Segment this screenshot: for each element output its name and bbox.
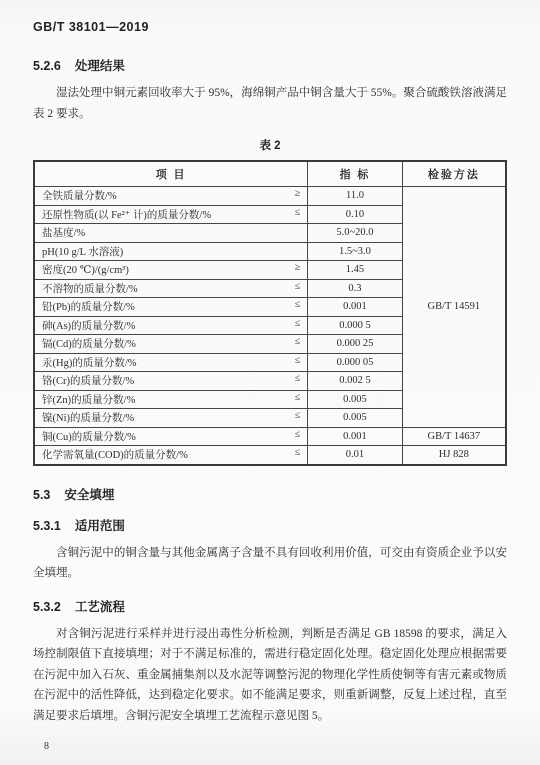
table-header-row: 项 目 指 标 检验方法 [34,161,506,187]
table-row: 铜(Cu)的质量分数/%≤0.001GB/T 14637 [34,427,506,446]
comparison-symbol: ≥ [295,188,301,199]
item-label: 铜(Cu)的质量分数/% [42,429,136,444]
standard-number-header: GB/T 38101—2019 [33,20,507,34]
item-cell: 铅(Pb)的质量分数/%≤ [34,298,308,317]
item-cell: 砷(As)的质量分数/%≤ [34,316,308,335]
item-label: 锌(Zn)的质量分数/% [42,392,135,407]
section-heading-5-2-6: 5.2.6 处理结果 [33,56,507,74]
item-cell: 镉(Cd)的质量分数/%≤ [34,335,308,354]
value-cell: 0.005 [308,390,402,409]
section-heading-5-3-1: 5.3.1 适用范围 [33,516,507,534]
value-cell: 0.10 [308,205,402,224]
item-label: 镉(Cd)的质量分数/% [42,336,136,351]
section-title: 工艺流程 [75,597,125,615]
item-label: 不溶物的质量分数/% [42,281,138,296]
item-cell: 全铁质量分数/%≥ [34,187,308,206]
method-cell: GB/T 14637 [402,427,506,446]
value-cell: 0.000 05 [308,353,402,372]
table-row: 全铁质量分数/%≥11.0GB/T 14591 [34,187,506,206]
method-cell: GB/T 14591 [402,187,506,428]
value-cell: 1.45 [308,261,402,280]
comparison-symbol: ≥ [295,262,301,273]
table-row: 化学需氧量(COD)的质量分数/%≤0.01HJ 828 [34,446,506,465]
item-cell: 密度(20 ℃)/(g/cm³)≥ [34,261,308,280]
table-body: 全铁质量分数/%≥11.0GB/T 14591还原性物质(以 Fe²⁺ 计)的质… [34,187,506,465]
comparison-symbol: ≤ [295,281,301,292]
section-title: 处理结果 [75,56,125,74]
item-cell: 铬(Cr)的质量分数/%≤ [34,372,308,391]
comparison-symbol: ≤ [295,355,301,366]
comparison-symbol: ≤ [295,207,301,218]
section-number: 5.3.2 [33,600,61,614]
item-label: 化学需氧量(COD)的质量分数/% [42,447,188,462]
value-cell: 0.3 [308,279,402,298]
section-heading-5-3: 5.3 安全填埋 [33,485,507,503]
paragraph-5-3-1: 含铜污泥中的铜含量与其他金属离子含量不具有回收利用价值，可交由有资质企业予以安全… [33,543,507,584]
section-number: 5.2.6 [33,59,61,73]
item-cell: 锌(Zn)的质量分数/%≤ [34,390,308,409]
value-cell: 0.002 5 [308,372,402,391]
value-cell: 0.01 [308,446,402,465]
table-caption: 表 2 [33,137,507,153]
value-cell: 0.000 25 [308,335,402,354]
item-label: pH(10 g/L 水溶液) [42,244,123,259]
item-label: 镍(Ni)的质量分数/% [42,410,134,425]
comparison-symbol: ≤ [295,336,301,347]
item-cell: 汞(Hg)的质量分数/%≤ [34,353,308,372]
item-label: 全铁质量分数/% [42,188,117,203]
section-heading-5-3-2: 5.3.2 工艺流程 [33,597,507,615]
section-title: 适用范围 [75,516,125,534]
column-header-value: 指 标 [308,161,402,187]
item-cell: 化学需氧量(COD)的质量分数/%≤ [34,446,308,465]
comparison-symbol: ≤ [295,392,301,403]
value-cell: 0.005 [308,409,402,428]
comparison-symbol: ≤ [295,447,301,458]
section-title: 安全填埋 [64,485,114,503]
paragraph-5-3-2: 对含铜污泥进行采样并进行浸出毒性分析检测，判断是否满足 GB 18598 的要求… [33,624,507,727]
comparison-symbol: ≤ [295,429,301,440]
item-cell: 不溶物的质量分数/%≤ [34,279,308,298]
comparison-symbol: ≤ [295,410,301,421]
item-label: 铬(Cr)的质量分数/% [42,373,134,388]
value-cell: 0.000 5 [308,316,402,335]
comparison-symbol: ≤ [295,373,301,384]
section-number: 5.3.1 [33,519,61,533]
paragraph-5-2-6: 湿法处理中铜元素回收率大于 95%，海绵铜产品中铜含量大于 55%。聚合硫酸铁溶… [33,83,507,124]
value-cell: 11.0 [308,187,402,206]
item-label: 密度(20 ℃)/(g/cm³) [42,262,129,277]
column-header-item: 项 目 [34,161,308,187]
method-cell: HJ 828 [402,446,506,465]
item-label: 汞(Hg)的质量分数/% [42,355,137,370]
item-cell: 镍(Ni)的质量分数/%≤ [34,409,308,428]
item-cell: pH(10 g/L 水溶液) [34,242,308,261]
item-label: 盐基度/% [42,225,85,240]
item-cell: 还原性物质(以 Fe²⁺ 计)的质量分数/%≤ [34,205,308,224]
requirements-table: 项 目 指 标 检验方法 全铁质量分数/%≥11.0GB/T 14591还原性物… [33,160,507,466]
item-label: 铅(Pb)的质量分数/% [42,299,135,314]
document-page: GB/T 38101—2019 5.2.6 处理结果 湿法处理中铜元素回收率大于… [0,0,540,765]
value-cell: 0.001 [308,298,402,317]
item-cell: 铜(Cu)的质量分数/%≤ [34,427,308,446]
item-cell: 盐基度/% [34,224,308,243]
page-number: 8 [44,741,49,752]
section-number: 5.3 [33,488,50,502]
column-header-method: 检验方法 [402,161,506,187]
value-cell: 1.5~3.0 [308,242,402,261]
item-label: 还原性物质(以 Fe²⁺ 计)的质量分数/% [42,207,211,222]
comparison-symbol: ≤ [295,318,301,329]
comparison-symbol: ≤ [295,299,301,310]
item-label: 砷(As)的质量分数/% [42,318,135,333]
value-cell: 0.001 [308,427,402,446]
value-cell: 5.0~20.0 [308,224,402,243]
